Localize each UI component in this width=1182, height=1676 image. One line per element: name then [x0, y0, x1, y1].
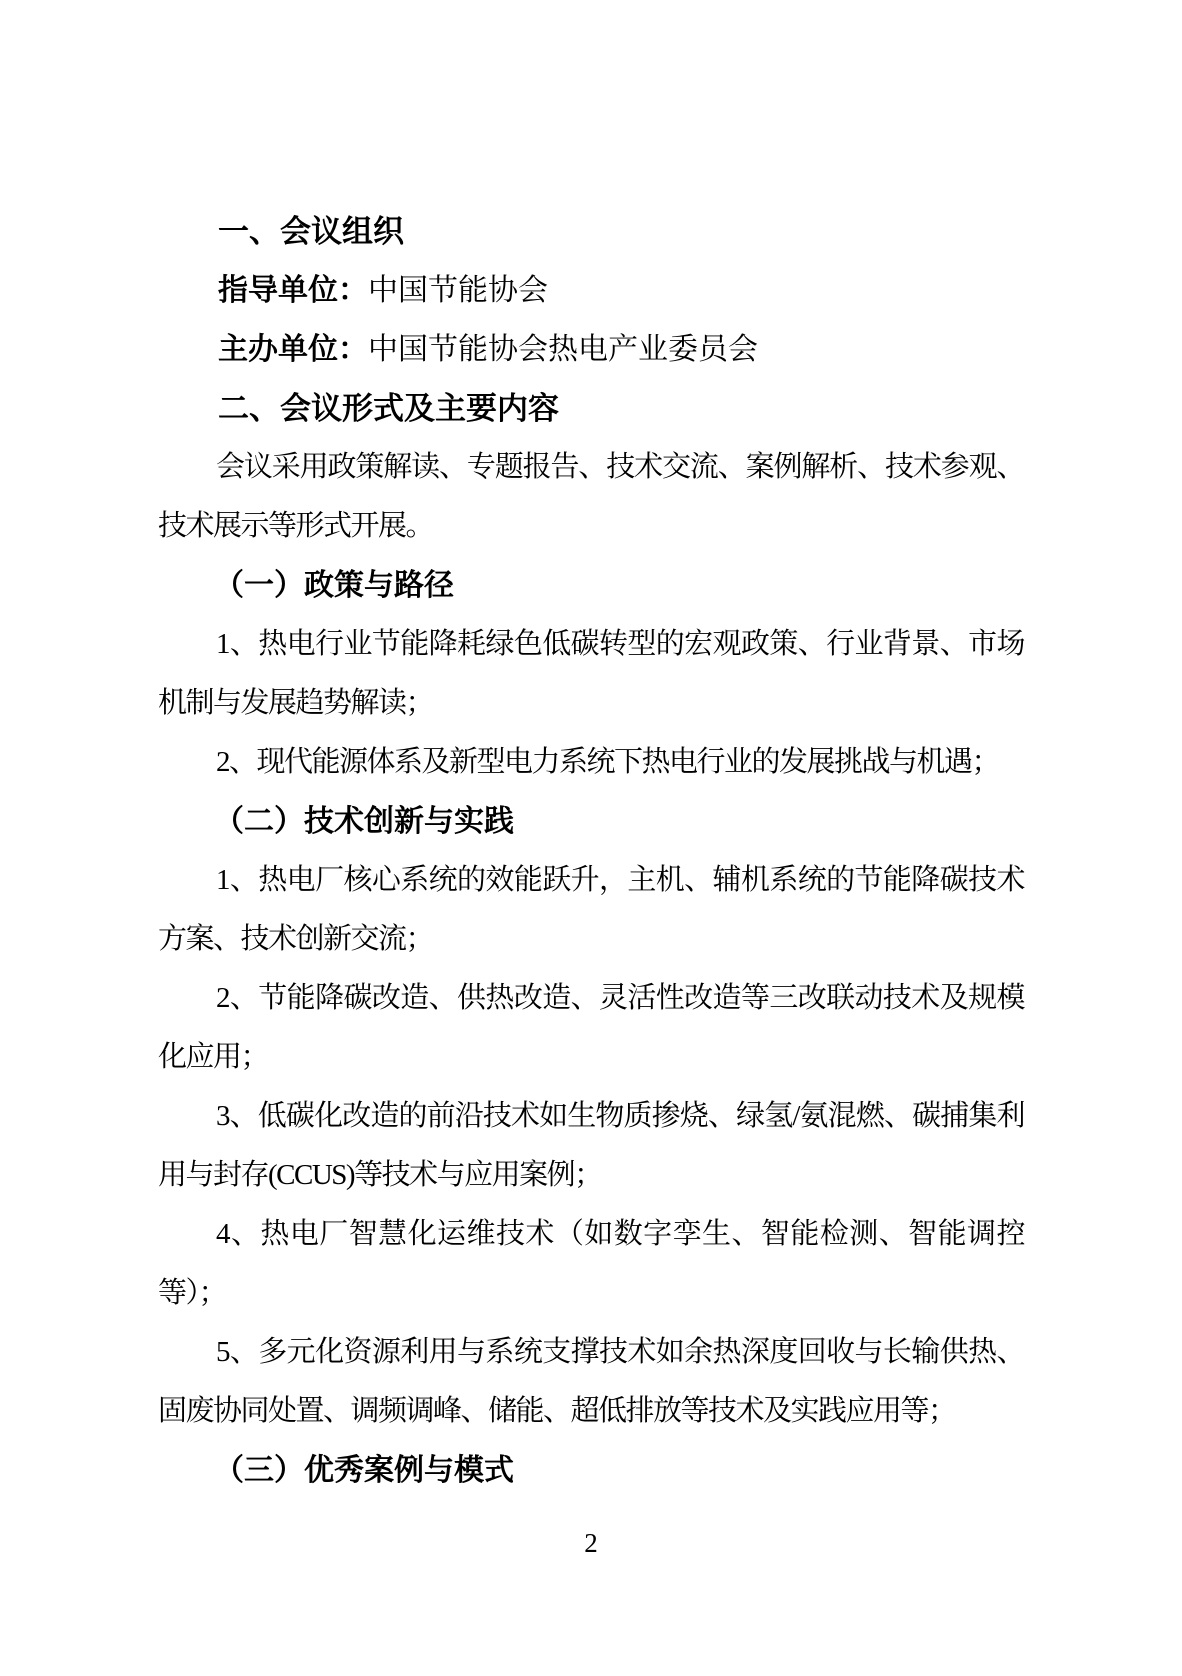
- paragraph-tech-item-3: 3、低碳化改造的前沿技术如生物质掺烧、绿氢/氨混燃、碳捕集利用与封存(CCUS)…: [158, 1087, 1024, 1205]
- section-heading-meeting-organization: 一、会议组织: [158, 202, 1024, 261]
- subheading-tech-innovation-practice: （二）技术创新与实践: [158, 792, 1024, 851]
- subheading-policy-and-path: （一）政策与路径: [158, 556, 1024, 615]
- guidance-unit-line: 指导单位：中国节能协会: [158, 261, 1024, 320]
- host-unit-label: 主办单位：: [218, 333, 368, 366]
- paragraph-policy-item-2: 2、现代能源体系及新型电力系统下热电行业的发展挑战与机遇；: [158, 733, 1024, 792]
- section-heading-meeting-format: 二、会议形式及主要内容: [158, 379, 1024, 438]
- subheading-excellent-cases-models: （三）优秀案例与模式: [158, 1441, 1024, 1500]
- paragraph-tech-item-1: 1、热电厂核心系统的效能跃升，主机、辅机系统的节能降碳技术方案、技术创新交流；: [158, 851, 1024, 969]
- guidance-unit-label: 指导单位：: [218, 274, 368, 307]
- host-unit-line: 主办单位：中国节能协会热电产业委员会: [158, 320, 1024, 379]
- document-page: 一、会议组织 指导单位：中国节能协会 主办单位：中国节能协会热电产业委员会 二、…: [158, 202, 1024, 1500]
- page-footer: 2: [0, 1528, 1182, 1558]
- paragraph-tech-item-2: 2、节能降碳改造、供热改造、灵活性改造等三改联动技术及规模化应用；: [158, 969, 1024, 1087]
- paragraph-meeting-format-intro: 会议采用政策解读、专题报告、技术交流、案例解析、技术参观、技术展示等形式开展。: [158, 438, 1024, 556]
- page-number: 2: [584, 1528, 598, 1558]
- paragraph-policy-item-1: 1、热电行业节能降耗绿色低碳转型的宏观政策、行业背景、市场机制与发展趋势解读；: [158, 615, 1024, 733]
- paragraph-tech-item-4: 4、热电厂智慧化运维技术（如数字孪生、智能检测、智能调控等）；: [158, 1205, 1024, 1323]
- paragraph-tech-item-5: 5、多元化资源利用与系统支撑技术如余热深度回收与长输供热、固废协同处置、调频调峰…: [158, 1323, 1024, 1441]
- guidance-unit-value: 中国节能协会: [368, 274, 548, 307]
- host-unit-value: 中国节能协会热电产业委员会: [368, 333, 758, 366]
